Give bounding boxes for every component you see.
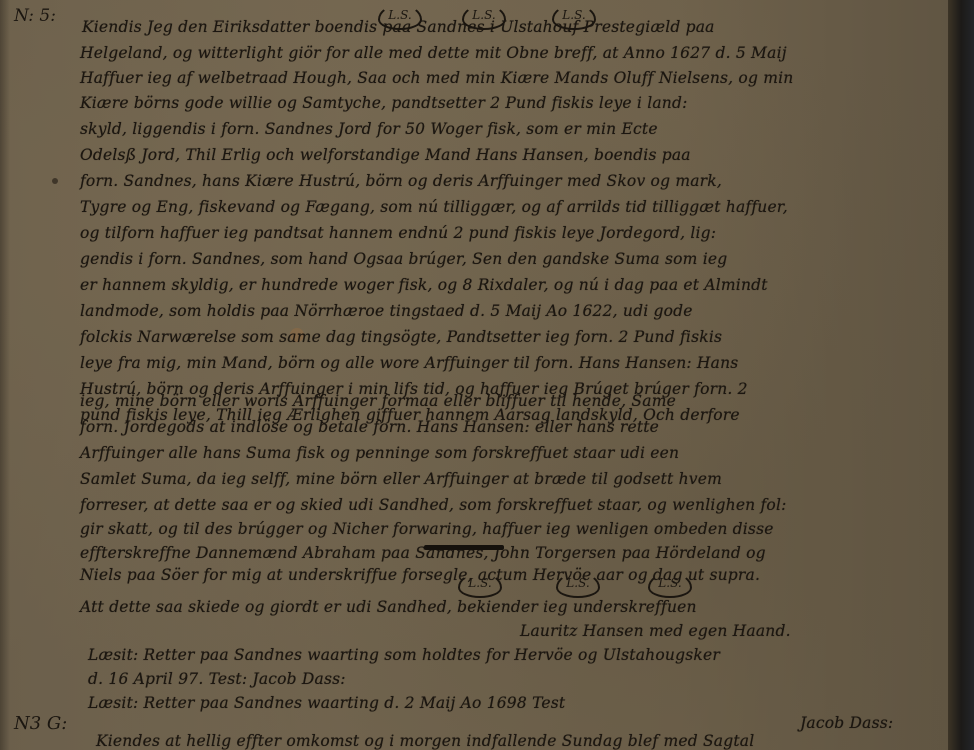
reading-note-2: Læsit: Retter paa Sandnes waarting d. 2 … — [88, 694, 565, 712]
manuscript-line: gendis i forn. Sandnes, som hand Ogsaa b… — [80, 250, 727, 268]
manuscript-line: Arffuinger alle hans Suma fisk og pennin… — [80, 444, 679, 462]
signature-line: Lauritz Hansen med egen Haand. — [520, 622, 791, 640]
manuscript-line: forreser, at dette saa er og skied udi S… — [80, 496, 787, 514]
entry-number: N: 5: — [14, 6, 56, 26]
manuscript-line: forn. Sandnes, hans Kiære Hustrú, börn o… — [80, 172, 722, 190]
next-entry-line: Kiendes at hellig effter omkomst og i mo… — [96, 732, 754, 750]
manuscript-line: effterskreffne Dannemænd Abraham paa San… — [80, 544, 766, 562]
witness-signature: Jacob Dass: — [800, 714, 893, 732]
seal-ls-bottom-1: L.S. — [458, 572, 502, 598]
manuscript-line: Samlet Suma, da ieg selff, mine börn ell… — [80, 470, 722, 488]
manuscript-line: gir skatt, og til des brúgger og Nicher … — [80, 520, 774, 538]
next-entry-number: N3 G: — [14, 713, 67, 734]
manuscript-line: ieg, mine börn eller woris Arffuinger fo… — [80, 392, 676, 410]
manuscript-line: skyld, liggendis i forn. Sandnes Jord fo… — [80, 120, 658, 138]
manuscript-line: landmode, som holdis paa Nörrhæroe tings… — [80, 302, 693, 320]
crossed-out-word — [424, 545, 504, 550]
manuscript-line: Haffuer ieg af welbetraad Hough, Saa och… — [80, 69, 793, 87]
manuscript-line: Kiendis Jeg den Eiriksdatter boendis paa… — [82, 18, 715, 36]
manuscript-line: folckis Narwærelse som same dag tingsögt… — [80, 328, 722, 346]
attestation-line: Att dette saa skiede og giordt er udi Sa… — [80, 598, 697, 616]
manuscript-line: Helgeland, og witterlight giör for alle … — [80, 44, 787, 62]
reading-note-date: d. 16 April 97. Test: Jacob Dass: — [88, 670, 346, 688]
seal-ls-bottom-3: L.S. — [648, 572, 692, 598]
manuscript-line: Tygre og Eng, fiskevand og Fægang, som n… — [80, 198, 788, 216]
manuscript-line: er hannem skyldig, er hundrede woger fis… — [80, 276, 768, 294]
manuscript-line: leye fra mig, min Mand, börn og alle wor… — [80, 354, 738, 372]
page-fold-shadow — [0, 0, 10, 750]
manuscript-line: og tilforn haffuer ieg pandtsat hannem e… — [80, 224, 716, 242]
seal-ls-bottom-2: L.S. — [556, 572, 600, 598]
manuscript-page: N: 5: L.S. L.S. L.S. Kiendis Jeg den Eir… — [0, 0, 974, 750]
manuscript-line: Odelsß Jord, Thil Erlig och welforstandi… — [80, 146, 691, 164]
manuscript-line: Kiære börns gode willie og Samtyche, pan… — [80, 94, 688, 112]
manuscript-line: forn. Jordegods at indlöse og betale for… — [80, 418, 659, 436]
binding-edge — [948, 0, 974, 750]
ink-spot — [52, 178, 58, 184]
reading-note-1: Læsit: Retter paa Sandnes waarting som h… — [88, 646, 720, 664]
